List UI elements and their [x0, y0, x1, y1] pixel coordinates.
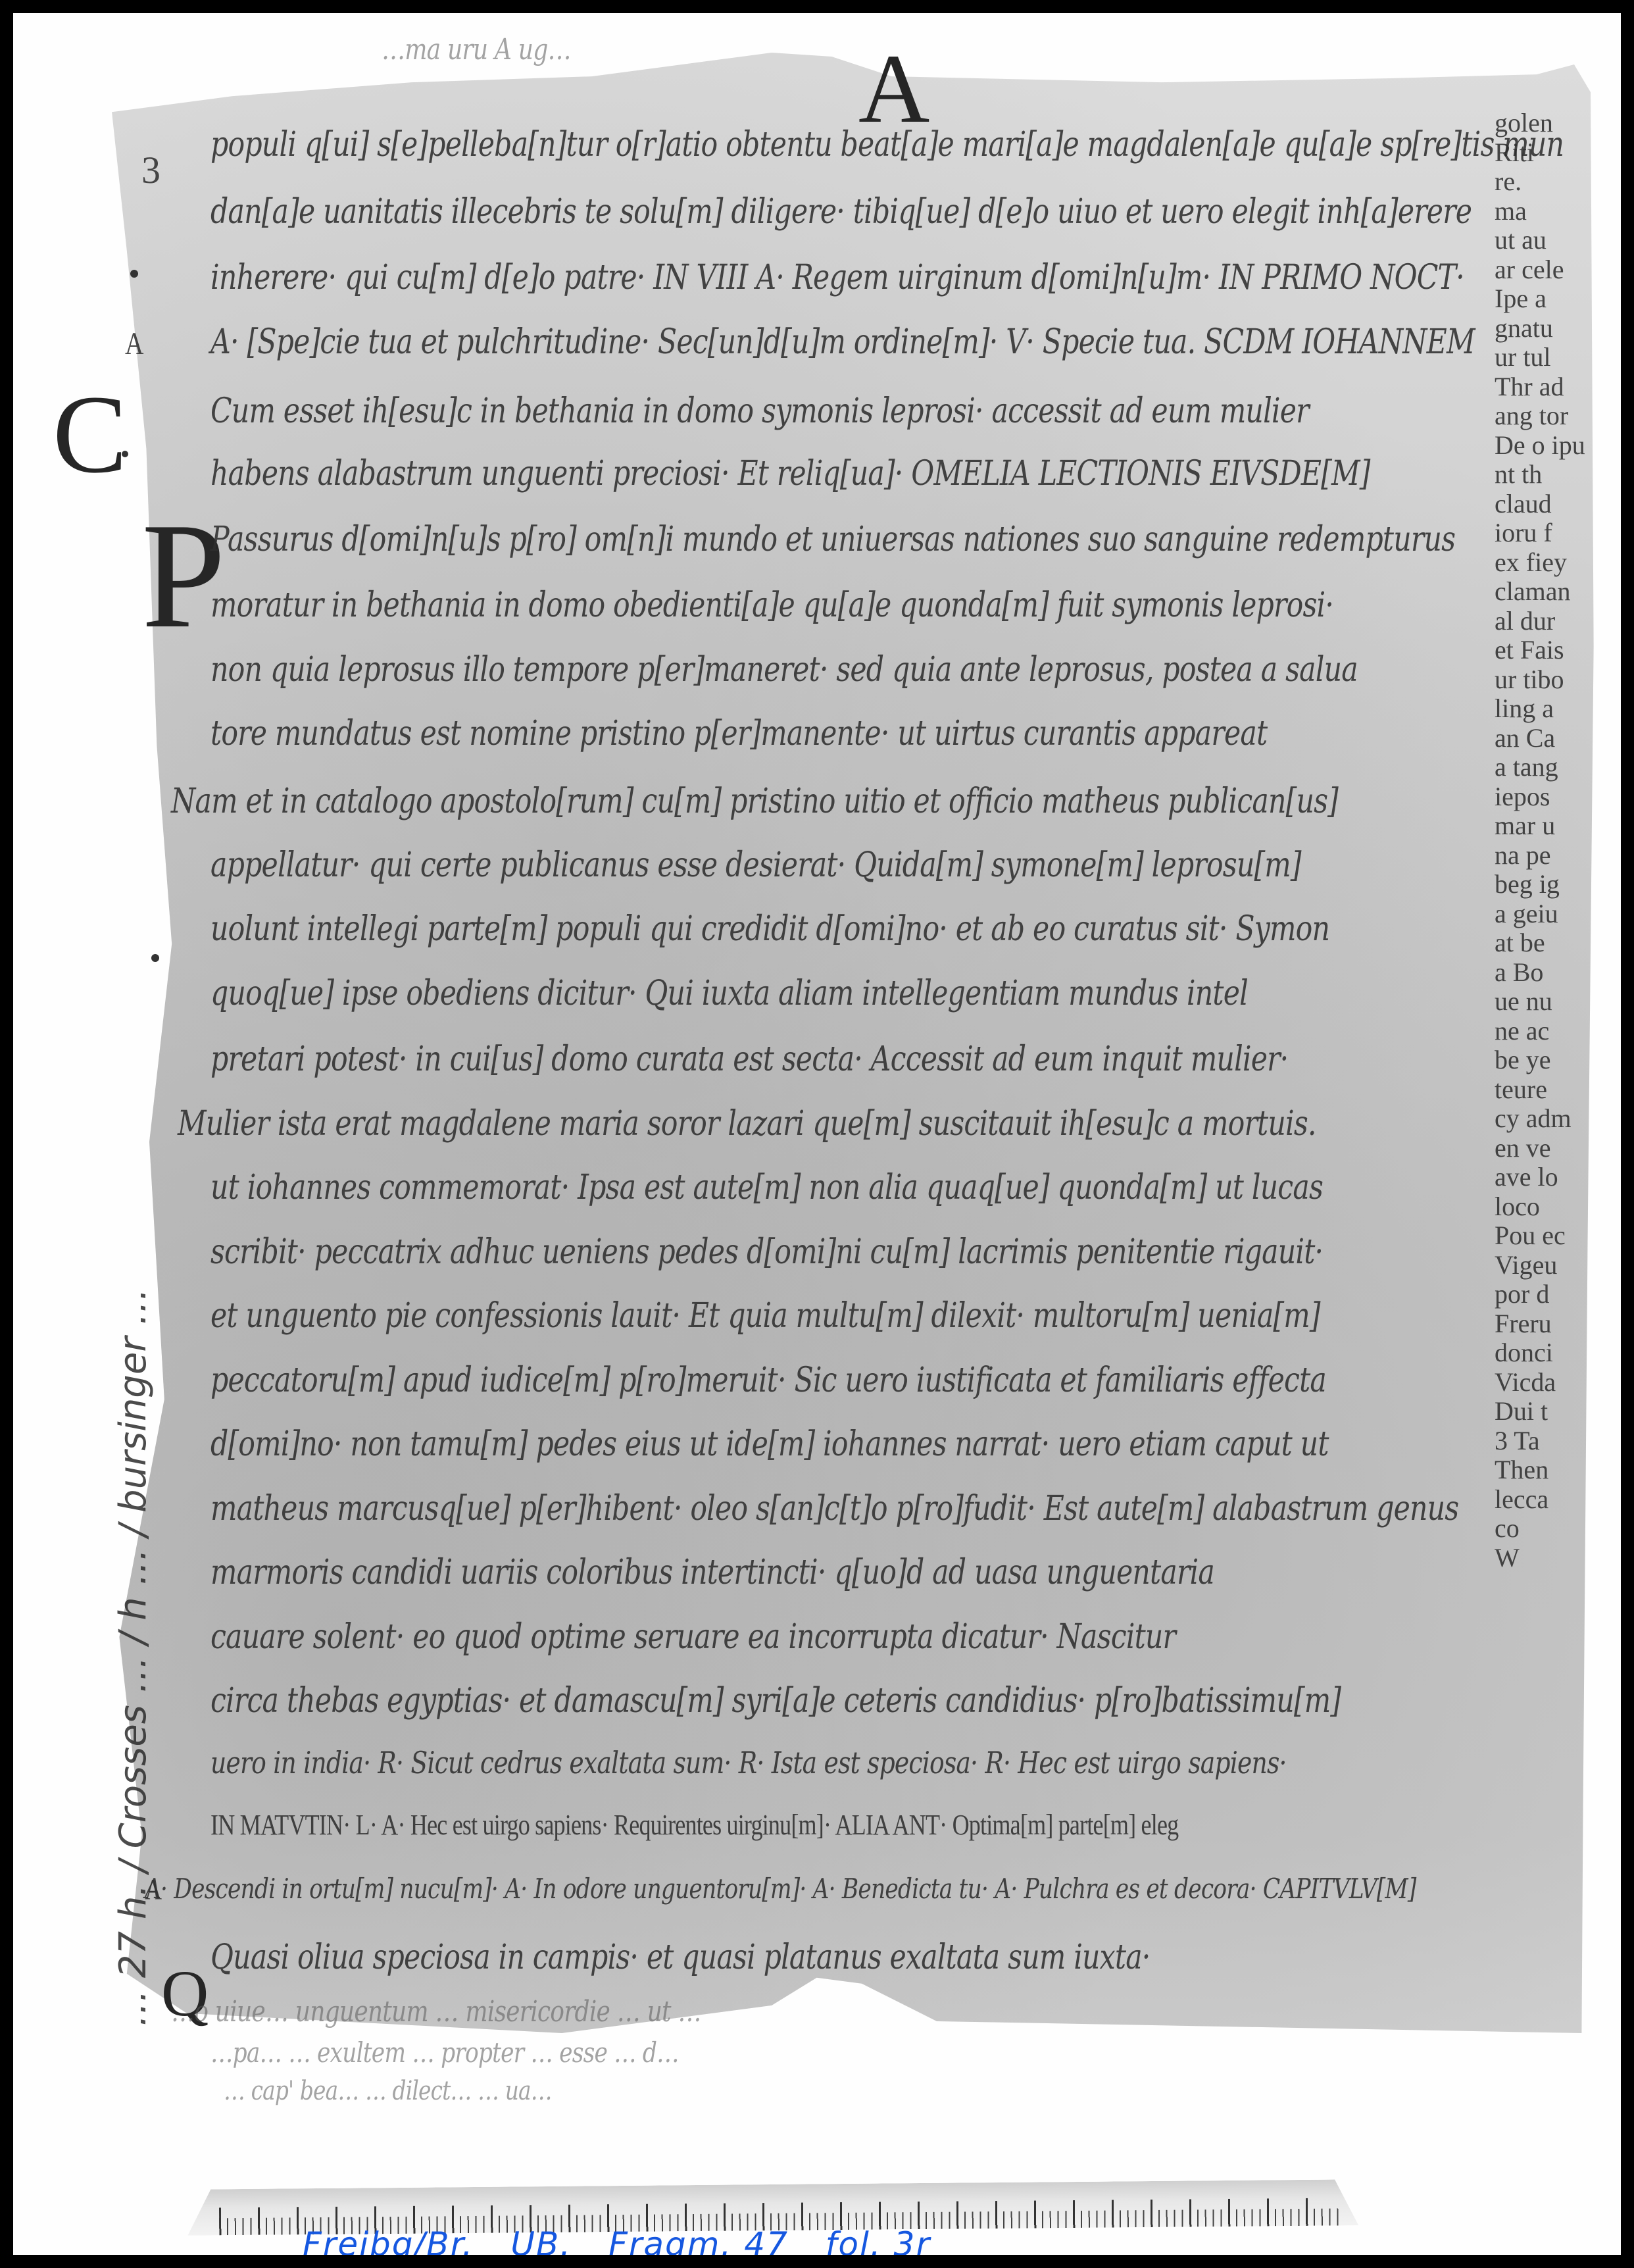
initial-a: A [858, 39, 929, 138]
margin-line: cy adm [1495, 1104, 1620, 1134]
margin-line: na pe [1495, 841, 1620, 870]
margin-line: ne ac [1495, 1017, 1620, 1046]
text-line: populi q[ui] s[e]pelleba[n]tur o[r]atio … [210, 125, 1564, 164]
margin-line: re. [1495, 167, 1620, 197]
text-line: Mulier ista erat magdalene maria soror l… [178, 1104, 1316, 1144]
margin-line: ut au [1495, 226, 1620, 255]
margin-line: ur tul [1495, 343, 1620, 372]
margin-line: et Fais [1495, 636, 1620, 665]
margin-line: Thr ad [1495, 372, 1620, 402]
vertical-annotation: … 27 h. / Crosses … / h … / bursinger … [112, 1040, 155, 2027]
caption-library: UB. [510, 2225, 572, 2255]
caption-fragment: Fragm. 47 [608, 2225, 789, 2255]
shelfmark-caption: Freibg/Br. UB. Fragm. 47 fol. 3r [303, 2225, 956, 2255]
margin-line: iepos [1495, 782, 1620, 812]
margin-line: De o ipu [1495, 431, 1620, 461]
margin-line: Then [1495, 1455, 1620, 1485]
margin-line: ex fiey [1495, 548, 1620, 578]
text-line: Cum esset ih[esu]c in bethania in domo s… [210, 391, 1309, 431]
text-line: inherere· qui cu[m] d[e]o patre· IN VIII… [210, 258, 1464, 297]
text-line: uero in india· R· Sicut cedrus exaltata … [210, 1745, 1287, 1780]
margin-line: Vicda [1495, 1368, 1620, 1398]
margin-line: co [1495, 1514, 1620, 1544]
margin-line: a geiu [1495, 899, 1620, 929]
margin-line: Riti [1495, 138, 1620, 168]
margin-line: ang tor [1495, 401, 1620, 431]
margin-line: ma [1495, 197, 1620, 226]
text-line: quoq[ue] ipse obediens dicitur· Qui iuxt… [210, 974, 1248, 1013]
margin-line: claud [1495, 490, 1620, 519]
caption-folio: fol. 3r [826, 2225, 931, 2255]
text-line: habens alabastrum unguenti preciosi· Et … [210, 454, 1370, 493]
margin-line: an Ca [1495, 724, 1620, 753]
text-line: appellatur· qui certe publicanus esse de… [210, 845, 1301, 885]
text-line: pretari potest· in cui[us] domo curata e… [210, 1040, 1288, 1079]
margin-line: 3 Ta [1495, 1426, 1620, 1456]
margin-line: mar u [1495, 811, 1620, 841]
faded-text-line: …pa… … exultem … propter … esse … d… [210, 2036, 679, 2069]
initial-c: C [53, 378, 127, 490]
margin-line: a Bo [1495, 958, 1620, 988]
margin-line: en ve [1495, 1134, 1620, 1163]
folio-number: 3 [141, 148, 161, 192]
top-cropped-text: …ma uru A ug… [382, 33, 571, 66]
margin-line: donci [1495, 1338, 1620, 1368]
text-line: Passurus d[omi]n[u]s p[ro] om[n]i mundo … [210, 520, 1455, 559]
margin-line: nt th [1495, 460, 1620, 490]
text-line: circa thebas egyptias· et damascu[m] syr… [210, 1681, 1341, 1721]
margin-line: teure [1495, 1075, 1620, 1105]
photo-frame: …ma uru A ug… A 3 C P Q populi q[ui] s[e… [13, 13, 1621, 2255]
margin-line: golen [1495, 109, 1620, 138]
margin-line: W [1495, 1544, 1620, 1573]
margin-line: claman [1495, 577, 1620, 607]
margin-line: at be [1495, 928, 1620, 958]
margin-line: ur tibo [1495, 665, 1620, 695]
margin-line: a tang [1495, 753, 1620, 782]
text-line: tore mundatus est nomine pristino p[er]m… [210, 714, 1267, 753]
text-line: et unguento pie confessionis lauit· Et q… [210, 1296, 1320, 1336]
text-line: marmoris candidi uariis coloribus intert… [210, 1553, 1214, 1592]
margin-dot [151, 954, 159, 962]
text-line: dan[a]e uanitatis illecebris te solu[m] … [210, 192, 1472, 232]
margin-line: ave lo [1495, 1163, 1620, 1192]
margin-line: Dui t [1495, 1397, 1620, 1426]
text-line: scribit· peccatrix adhuc ueniens pedes d… [210, 1232, 1323, 1272]
margin-line: Ipe a [1495, 284, 1620, 314]
margin-line: beg ig [1495, 870, 1620, 899]
margin-dot [130, 270, 138, 278]
text-line: non quia leprosus illo tempore p[er]mane… [210, 650, 1358, 690]
text-line: A· [Spe]cie tua et pulchritudine· Sec[un… [210, 322, 1475, 362]
margin-line: Vigeu [1495, 1251, 1620, 1280]
faded-text-line: … cap' bea… … dilect… … ua… [224, 2076, 552, 2106]
text-line: uolunt intellegi parte[m] populi qui cre… [210, 909, 1329, 949]
margin-line: al dur [1495, 607, 1620, 636]
right-margin-column: golen Riti re. ma ut au ar cele Ipe a gn… [1495, 109, 1620, 1573]
faded-text-line: …o uiue… unguentum … misericordie … ut … [171, 1995, 701, 2029]
margin-line: ioru f [1495, 518, 1620, 548]
text-line: ut iohannes commemorat· Ipsa est aute[m]… [210, 1168, 1323, 1207]
margin-line: lecca [1495, 1485, 1620, 1515]
text-line: IN MATVTIN· L· A· Hec est uirgo sapiens·… [210, 1808, 1178, 1842]
margin-line: gnatu [1495, 314, 1620, 343]
margin-line: be ye [1495, 1046, 1620, 1075]
text-line: matheus marcusq[ue] p[er]hibent· oleo s[… [210, 1489, 1458, 1528]
margin-line: loco [1495, 1192, 1620, 1222]
text-line: d[omi]no· non tamu[m] pedes eius ut ide[… [210, 1424, 1329, 1464]
caption-place: Freibg/Br. [303, 2225, 474, 2255]
text-line: Quasi oliua speciosa in campis· et quasi… [210, 1938, 1151, 1977]
margin-line: ar cele [1495, 255, 1620, 285]
margin-line: por d [1495, 1280, 1620, 1309]
margin-line: ue nu [1495, 987, 1620, 1017]
text-line: peccatoru[m] apud iudice[m] p[ro]meruit·… [210, 1361, 1326, 1400]
text-line: cauare solent· eo quod optime seruare ea… [210, 1617, 1176, 1657]
text-line: moratur in bethania in domo obedienti[a]… [210, 586, 1333, 625]
text-line: Nam et in catalogo apostolo[rum] cu[m] p… [171, 782, 1338, 821]
margin-dot [122, 451, 128, 457]
margin-mark-a: A [125, 326, 143, 362]
margin-line: ling a [1495, 694, 1620, 724]
margin-line: Freru [1495, 1309, 1620, 1339]
text-line: A· Descendi in ortu[m] nucu[m]· A· In od… [145, 1873, 1416, 1905]
margin-line: Pou ec [1495, 1221, 1620, 1251]
